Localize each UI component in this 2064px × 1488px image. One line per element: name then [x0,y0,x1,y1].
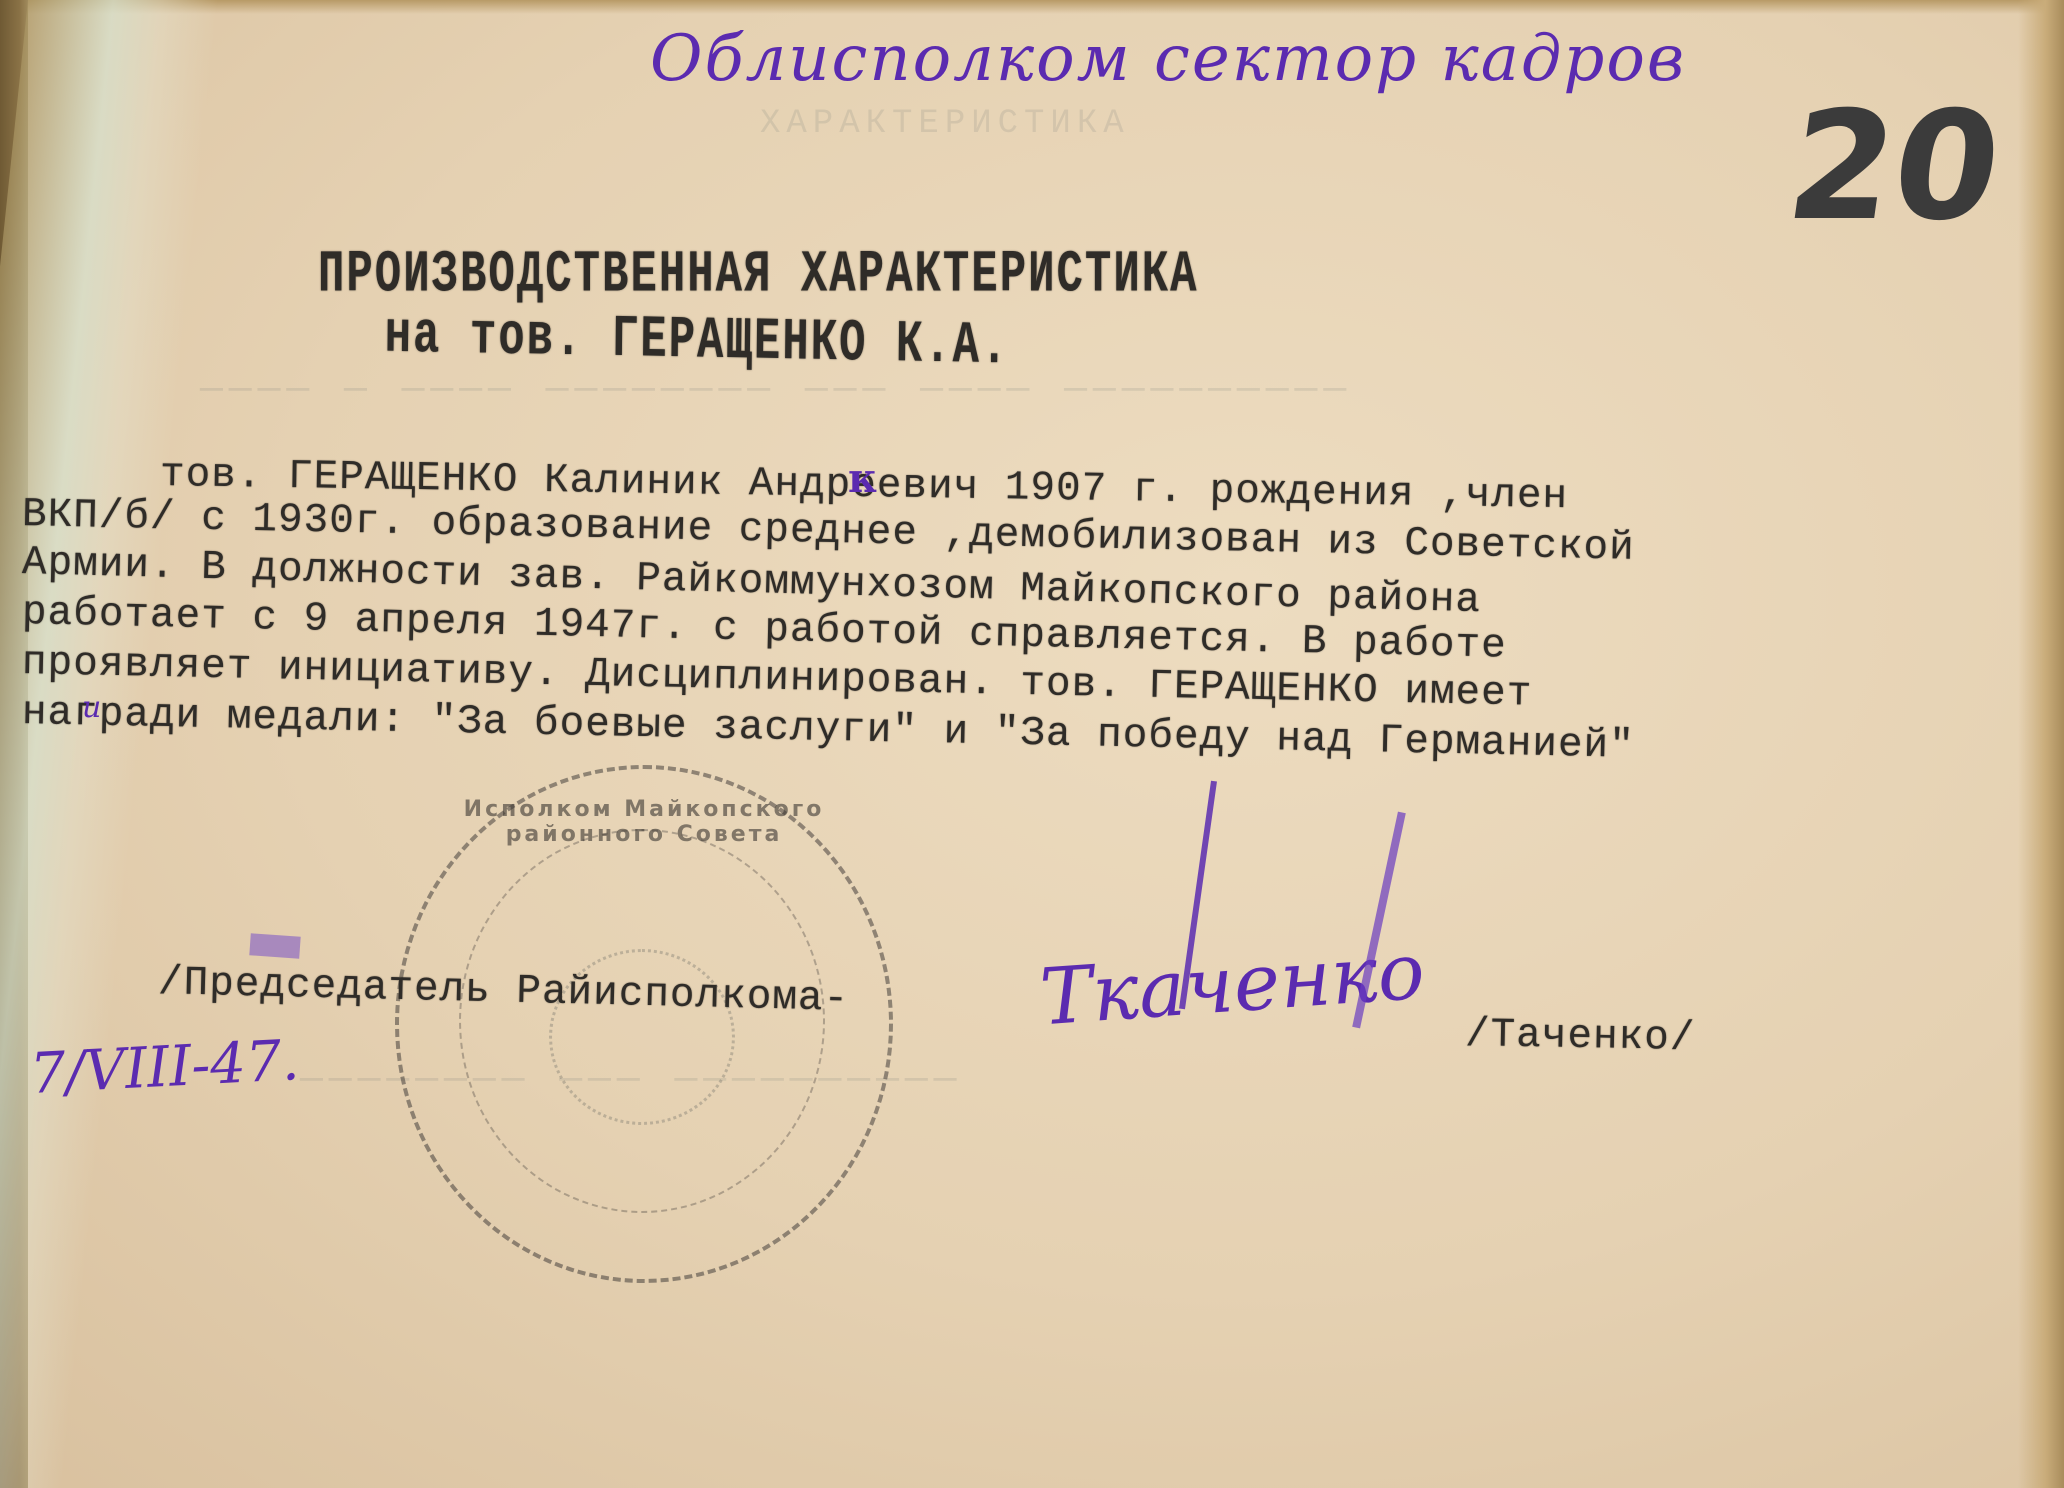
signatory-name: /Тaченко/ [1465,1012,1696,1062]
handwritten-correction: и [82,690,101,725]
handwritten-correction: к [848,455,877,502]
handwritten-header: Облисполком сектор кадров [650,22,1686,96]
stamp-text: Исполком Майкопского районного Совета [399,797,889,847]
bleed-through-text: ХАРАКТЕРИСТИКА [760,105,1130,143]
pencil-page-number: 20 [1778,80,2011,254]
official-stamp: Исполком Майкопского районного Совета [395,765,893,1283]
document-title: ПРОИЗВОДСТВЕННАЯ ХАРАКТЕРИСТИКА [318,242,1199,310]
document-subtitle: на тов. ГЕРАЩЕНКО К.А. [384,302,1010,381]
paper-right-edge [2018,0,2064,1488]
violet-marker-mark [249,933,300,958]
paper-top-edge [0,0,2064,14]
